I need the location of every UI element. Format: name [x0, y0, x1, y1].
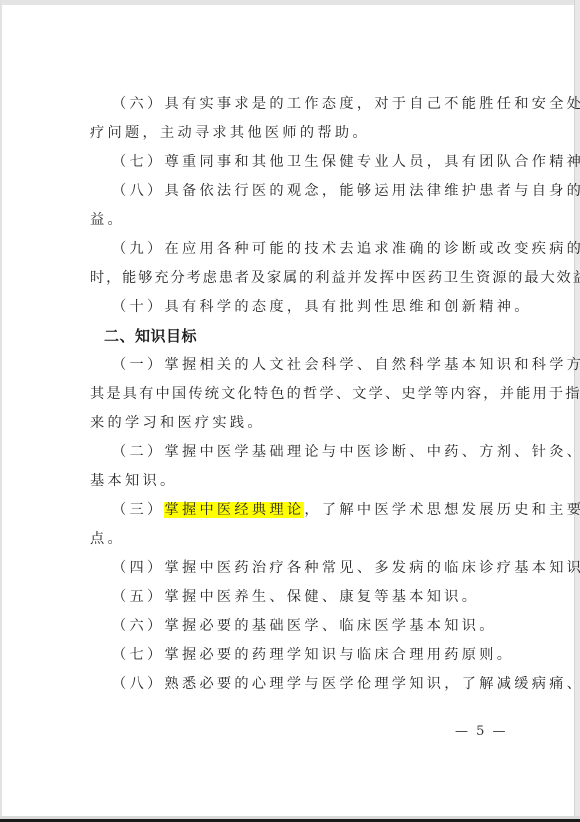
viewer-frame-right: [574, 0, 580, 822]
text-line: 点。: [90, 525, 502, 554]
text-line: （一）掌握相关的人文社会科学、自然科学基本知识和科学方法，尤: [90, 351, 502, 380]
text-line: （三）掌握中医经典理论，了解中医学术思想发展历史和主要学术观: [90, 496, 502, 525]
text-line: 疗问题，主动寻求其他医师的帮助。: [90, 119, 502, 148]
text-line: （五）掌握中医养生、保健、康复等基本知识。: [90, 583, 502, 612]
knowledge-item-7: （七）掌握必要的药理学知识与临床合理用药原则。: [90, 641, 502, 670]
text-line: （四）掌握中医药治疗各种常见、多发病的临床诊疗基本知识。: [90, 554, 502, 583]
document-body: （六）具有实事求是的工作态度，对于自己不能胜任和安全处理的医 疗问题，主动寻求其…: [90, 90, 502, 699]
highlighted-text[interactable]: 掌握中医经典理论: [164, 502, 304, 518]
paragraph-item-10-science: （十）具有科学的态度，具有批判性思维和创新精神。: [90, 293, 502, 322]
text-line: 基本知识。: [90, 467, 502, 496]
text-line: （七）尊重同事和其他卫生保健专业人员，具有团队合作精神。: [90, 148, 502, 177]
knowledge-item-2: （二）掌握中医学基础理论与中医诊断、中药、方剂、针灸、推拿等 基本知识。: [90, 438, 502, 496]
text-line: （八）熟悉必要的心理学与医学伦理学知识，了解减缓病痛、改善病: [90, 670, 502, 699]
paragraph-item-7-respect: （七）尊重同事和其他卫生保健专业人员，具有团队合作精神。: [90, 148, 502, 177]
paragraph-item-6-attitude: （六）具有实事求是的工作态度，对于自己不能胜任和安全处理的医 疗问题，主动寻求其…: [90, 90, 502, 148]
knowledge-item-4: （四）掌握中医药治疗各种常见、多发病的临床诊疗基本知识。: [90, 554, 502, 583]
text-line: （八）具备依法行医的观念，能够运用法律维护患者与自身的合法权: [90, 177, 502, 206]
paragraph-item-9-technique: （九）在应用各种可能的技术去追求准确的诊断或改变疾病的进程 时，能够充分考虑患者…: [90, 235, 502, 293]
text-line: 时，能够充分考虑患者及家属的利益并发挥中医药卫生资源的最大效益。: [90, 264, 502, 293]
text-line: （七）掌握必要的药理学知识与临床合理用药原则。: [90, 641, 502, 670]
knowledge-item-5: （五）掌握中医养生、保健、康复等基本知识。: [90, 583, 502, 612]
viewer-frame-bottom: [0, 816, 580, 822]
paragraph-item-8-law: （八）具备依法行医的观念，能够运用法律维护患者与自身的合法权 益。: [90, 177, 502, 235]
text-line: 益。: [90, 206, 502, 235]
text-line: （十）具有科学的态度，具有批判性思维和创新精神。: [90, 293, 502, 322]
text-rest: ，了解中医学术思想发展历史和主要学术观: [304, 502, 580, 518]
text-line: 来的学习和医疗实践。: [90, 409, 502, 438]
item-prefix: （三）: [112, 502, 164, 518]
text-line: （六）掌握必要的基础医学、临床医学基本知识。: [90, 612, 502, 641]
text-line: （六）具有实事求是的工作态度，对于自己不能胜任和安全处理的医: [90, 90, 502, 119]
text-line: 其是具有中国传统文化特色的哲学、文学、史学等内容，并能用于指导未: [90, 380, 502, 409]
knowledge-item-6: （六）掌握必要的基础医学、临床医学基本知识。: [90, 612, 502, 641]
knowledge-item-1: （一）掌握相关的人文社会科学、自然科学基本知识和科学方法，尤 其是具有中国传统文…: [90, 351, 502, 438]
knowledge-item-3: （三）掌握中医经典理论，了解中医学术思想发展历史和主要学术观 点。: [90, 496, 502, 554]
knowledge-item-8: （八）熟悉必要的心理学与医学伦理学知识，了解减缓病痛、改善病: [90, 670, 502, 699]
text-line: （二）掌握中医学基础理论与中医诊断、中药、方剂、针灸、推拿等: [90, 438, 502, 467]
section-heading-knowledge-goals: 二、知识目标: [90, 322, 502, 351]
text-line: （九）在应用各种可能的技术去追求准确的诊断或改变疾病的进程: [90, 235, 502, 264]
page-number: — 5 —: [455, 724, 508, 739]
